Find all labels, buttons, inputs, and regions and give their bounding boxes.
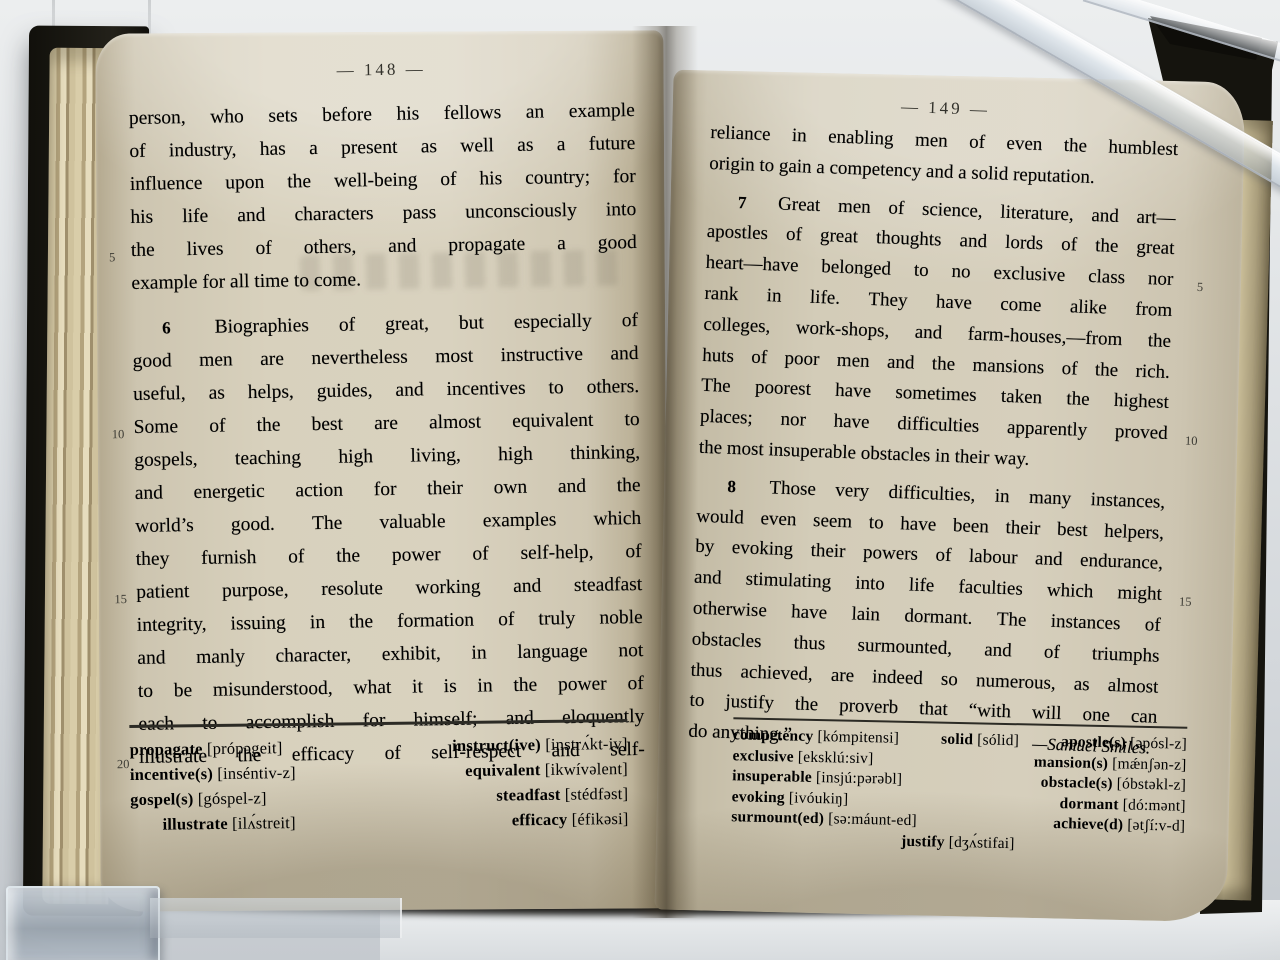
word: working: [415, 577, 480, 600]
word: dormant.: [904, 605, 973, 629]
word: pass: [402, 202, 436, 225]
word: work-shops,: [796, 317, 890, 342]
word: a: [557, 134, 566, 156]
word: be: [174, 680, 193, 702]
word: They: [868, 289, 908, 312]
word: apostles: [706, 221, 768, 245]
word: upon: [225, 172, 264, 195]
word: noble: [599, 607, 643, 630]
word: of: [751, 346, 768, 369]
word: difficulties,: [888, 482, 975, 507]
paragraph: relianceinenablingmenofeventhehumblestor…: [709, 122, 1179, 201]
left-page-body: person,whosetsbeforehisfellowsanexampleo…: [129, 100, 645, 780]
word: into: [606, 199, 637, 221]
word: instances,: [1090, 489, 1165, 514]
word: so: [941, 668, 959, 691]
word: The: [701, 375, 731, 398]
vocab-word: illustrate: [162, 814, 227, 834]
word: alike: [1069, 296, 1107, 319]
word: of: [440, 169, 457, 191]
word: in: [766, 285, 782, 308]
word: and: [887, 351, 915, 374]
word: of: [339, 314, 356, 336]
vocab-entry: evoking [ivóukiŋ]: [732, 787, 849, 810]
word: poor: [784, 347, 820, 370]
word: characters: [294, 203, 373, 226]
vocab-entry: justify [dʒʌ́stifai]: [901, 831, 1015, 854]
word: formation: [397, 610, 474, 633]
vocab-entry: solid [sólid]: [941, 730, 1019, 752]
word: of: [1061, 234, 1078, 257]
word: good: [598, 232, 637, 255]
word: The: [996, 609, 1026, 632]
word: exhibit,: [382, 643, 441, 666]
word: high: [498, 444, 533, 467]
vocab-pronunciation: [sə:máunt-ed]: [824, 810, 917, 829]
word: especially: [514, 311, 592, 334]
word: of: [472, 543, 489, 565]
word: their: [427, 478, 463, 501]
vocab-pronunciation: [sólid]: [973, 731, 1019, 749]
word: labour: [969, 546, 1018, 570]
word: action: [295, 480, 343, 503]
word: the: [131, 240, 155, 262]
word: heart—have: [705, 252, 799, 277]
word: his: [396, 103, 419, 125]
word: farm-houses,—from: [967, 323, 1122, 351]
word: have: [791, 601, 828, 624]
vocab-word: instruct(ive): [452, 735, 541, 755]
vocab-word: achieve(d): [1053, 815, 1123, 833]
vocab-word: efficacy: [512, 810, 568, 830]
word: which: [593, 508, 641, 531]
vocab-word: obstacle(s): [1041, 774, 1113, 793]
word: and: [237, 205, 265, 227]
word: have: [900, 513, 937, 536]
vocab-pronunciation: [mǽnʃən-z]: [1108, 755, 1187, 774]
word: highest: [1114, 390, 1170, 414]
word: men: [199, 349, 233, 372]
word: and: [984, 639, 1012, 662]
word: and: [395, 379, 423, 401]
word: triumphs: [1092, 643, 1160, 667]
word: their: [810, 540, 846, 563]
word: have: [835, 380, 872, 403]
word: who: [210, 106, 244, 129]
text-line: example for all time to come.: [131, 265, 637, 306]
word: otherwise: [693, 598, 768, 623]
paragraph: person,whosetsbeforehisfellowsanexampleo…: [129, 100, 638, 306]
word: power: [392, 544, 441, 567]
word: his: [130, 207, 153, 229]
vocab-word: steadfast: [496, 785, 560, 805]
word: to: [868, 512, 884, 535]
word: the: [617, 475, 641, 497]
vocab-pronunciation: [ikwívəlent]: [540, 759, 628, 779]
word: proved: [1115, 421, 1169, 445]
word: the: [287, 171, 311, 193]
vocab-pronunciation: [góspel-z]: [193, 788, 266, 808]
paragraph-number: 8: [727, 477, 736, 497]
word: almost: [429, 412, 481, 435]
word: to: [913, 260, 929, 283]
word: patient: [136, 581, 189, 604]
word: to: [689, 690, 705, 713]
word: well: [460, 135, 494, 158]
word: unconsciously: [465, 200, 577, 224]
word: lain: [851, 603, 880, 626]
word: that: [919, 698, 948, 721]
word: reliance: [710, 122, 771, 146]
word: which: [1047, 580, 1094, 604]
word: great: [820, 225, 859, 248]
vocab-word: justify: [901, 832, 945, 850]
word: thoughts: [876, 228, 942, 252]
word: steadfast: [574, 574, 643, 597]
vocab-word: surmount(ed): [731, 808, 824, 827]
vocab-pronunciation: [dʒʌ́stifai]: [944, 833, 1014, 851]
word: purpose,: [222, 580, 289, 603]
word: sets: [268, 105, 298, 127]
word: of: [255, 238, 272, 260]
word: men: [915, 129, 949, 152]
vocab-entry: apostle(s) [əpósl-z]: [1061, 732, 1187, 755]
word: surmounted,: [857, 634, 952, 659]
word: manly: [196, 646, 245, 669]
word: humblest: [1108, 137, 1178, 162]
word: world’s: [135, 515, 194, 538]
word: instructive: [500, 344, 583, 367]
word: numerous,: [976, 670, 1056, 695]
word: his: [479, 168, 502, 190]
vocab-pronunciation: [óbstəkl-z]: [1113, 775, 1187, 794]
word: nor: [1148, 268, 1174, 291]
word: the: [1095, 236, 1119, 259]
word: and: [914, 321, 942, 344]
word: helpers,: [1104, 520, 1164, 544]
word: and: [959, 231, 987, 254]
word: as: [208, 383, 225, 405]
word: best: [1057, 519, 1088, 542]
word: might: [1117, 582, 1162, 606]
word: places;: [700, 406, 754, 430]
word: and: [558, 476, 586, 498]
vocab-pronunciation: [ilʌ́streit]: [228, 813, 296, 833]
word: has: [260, 139, 286, 161]
word: have: [936, 291, 973, 314]
word: taken: [1001, 386, 1043, 409]
book-photo-scene: — 148 — person,whosetsbeforehisfellowsan…: [0, 0, 1280, 960]
word: seem: [813, 510, 853, 533]
word: as: [421, 136, 438, 158]
word: life: [182, 206, 208, 228]
word: mansions: [972, 354, 1045, 379]
word: in: [310, 612, 326, 634]
word: it: [412, 676, 423, 698]
word: and: [1091, 205, 1119, 228]
line-number: 5: [1197, 280, 1204, 295]
line-number: 15: [114, 592, 127, 607]
word: of: [627, 673, 644, 695]
word: huts: [702, 344, 734, 367]
word: the: [256, 415, 280, 437]
word: self-help,: [520, 542, 593, 565]
vocab-entry: exclusive [eksklú:siv]: [732, 746, 873, 769]
word: gospels,: [134, 449, 198, 472]
word: and: [513, 576, 541, 598]
word: the: [1066, 389, 1090, 412]
word: life.: [810, 287, 841, 310]
word: of: [622, 310, 639, 332]
word: the: [931, 353, 955, 376]
word: industry,: [169, 139, 237, 162]
word: useful,: [133, 383, 186, 406]
word: come: [1000, 294, 1042, 317]
word: well-being: [334, 169, 418, 192]
vocab-word: competency: [733, 726, 814, 745]
word: The: [312, 513, 343, 535]
vocab-word: mansion(s): [1034, 753, 1109, 772]
word: “with: [968, 700, 1011, 724]
word: truly: [538, 608, 575, 631]
vocab-entry: steadfast [stédfəst]: [496, 781, 628, 808]
word: the: [349, 611, 373, 633]
vocab-word: exclusive: [732, 747, 794, 765]
word: men: [836, 349, 870, 372]
word: in: [792, 125, 808, 148]
word: of: [498, 609, 515, 631]
line-number: 10: [1185, 434, 1198, 449]
word: no: [951, 261, 971, 284]
line-text: example for all time to come.: [131, 269, 361, 294]
vocab-entry: equivalent [ikwívəlent]: [465, 756, 628, 783]
word: of: [888, 197, 905, 220]
word: guides,: [317, 380, 373, 403]
word: power: [558, 674, 607, 697]
word: life: [909, 575, 935, 598]
vocab-word: gospel(s): [130, 789, 193, 809]
word: would: [696, 505, 744, 529]
word: the: [336, 545, 360, 567]
word: energetic: [193, 481, 264, 504]
word: sometimes: [895, 382, 977, 407]
word: of: [1044, 641, 1061, 664]
word: will: [1032, 702, 1062, 725]
word: Great: [778, 193, 821, 217]
word: as: [1073, 673, 1090, 696]
line-number: 5: [109, 250, 115, 265]
word: of: [969, 131, 986, 154]
word: examples: [483, 509, 557, 532]
word: the: [795, 694, 819, 717]
vocab-entry: propagate [própəgeit]: [129, 735, 282, 762]
word: issuing: [230, 613, 286, 636]
word: they: [136, 548, 170, 571]
vocab-entry: efficacy [éfikəsi]: [512, 806, 629, 832]
acrylic-block[interactable]: [6, 886, 160, 960]
word: nor: [780, 409, 806, 432]
right-page-body: relianceinenablingmenofeventhehumblestor…: [688, 122, 1179, 769]
word: and: [388, 235, 416, 257]
word: great,: [385, 313, 429, 336]
word: very: [835, 480, 870, 503]
word: of: [935, 545, 952, 568]
vocab-entry: gospel(s) [góspel-z]: [130, 785, 267, 812]
vocab-word: propagate: [130, 739, 203, 759]
vocab-word: equivalent: [465, 760, 541, 780]
vocab-pronunciation: [eksklú:siv]: [794, 748, 874, 767]
word: class: [1088, 266, 1126, 289]
vocab-entry: dormant [dó:mənt]: [1059, 794, 1185, 817]
word: in: [994, 485, 1010, 508]
word: poorest: [755, 377, 812, 401]
word: powers: [863, 542, 919, 566]
word: almost: [1107, 674, 1158, 698]
word: science,: [922, 198, 983, 222]
word: Biographies: [214, 315, 309, 338]
word: to: [624, 409, 640, 431]
word: others,: [304, 236, 357, 259]
word: of: [1144, 614, 1161, 637]
word: country;: [525, 167, 590, 190]
word: to: [548, 377, 564, 399]
word: future: [589, 133, 636, 156]
word: faculties: [958, 577, 1023, 601]
word: nevertheless: [311, 347, 408, 371]
vocab-pronunciation: [insjú:pərəbl]: [812, 769, 903, 788]
word: the: [513, 675, 537, 697]
word: justify: [725, 691, 774, 715]
word: into: [855, 573, 885, 596]
word: good.: [231, 514, 275, 537]
word: and: [610, 343, 638, 365]
paragraph: 7Greatmenofscience,literature,andart—apo…: [698, 191, 1176, 485]
word: of: [288, 546, 305, 568]
word: great: [1136, 237, 1175, 260]
left-vocab-list: propagate [própəgeit]instruct(ive) [inst…: [129, 731, 628, 837]
word: belonged: [821, 256, 891, 281]
word: and: [137, 647, 165, 669]
word: living,: [410, 445, 461, 468]
word: are: [260, 349, 284, 371]
word: a: [309, 138, 318, 160]
word: endurance,: [1080, 550, 1164, 575]
word: thus: [793, 632, 825, 655]
vocab-word: evoking: [732, 788, 785, 806]
right-page-text: — 149 — relianceinenablingmenofeventhehu…: [688, 90, 1180, 769]
word: from: [1135, 299, 1173, 322]
word: best: [311, 414, 343, 436]
word: the: [1063, 135, 1087, 158]
vocab-pronunciation: [instrʌ́kt-iv]: [541, 734, 628, 754]
word: incentives: [446, 378, 525, 401]
vocab-pronunciation: [ətʃí:v-d]: [1123, 816, 1185, 834]
word: the: [1095, 359, 1119, 382]
word: not: [618, 640, 643, 662]
vocab-word: incentive(s): [130, 764, 213, 784]
left-page-vocab: propagate [própəgeit]instruct(ive) [inst…: [129, 719, 628, 837]
line-number: 20: [117, 757, 130, 772]
word: by: [695, 536, 715, 559]
vocab-entry: illustrate [ilʌ́streit]: [162, 810, 295, 837]
word: to: [138, 681, 154, 703]
acrylic-sheet: [150, 898, 402, 938]
word: enabling: [828, 126, 894, 150]
word: Those: [769, 477, 816, 501]
word: even: [1006, 133, 1043, 156]
word: the: [1147, 330, 1171, 353]
word: thus: [690, 659, 722, 682]
vocab-pronunciation: [əpósl-z]: [1126, 734, 1187, 752]
vocab-entry: instruct(ive) [instrʌ́kt-iv]: [452, 731, 628, 758]
vocab-pronunciation: [própəgeit]: [203, 738, 283, 758]
word: good: [133, 350, 172, 373]
word: an: [526, 101, 545, 123]
word: of: [625, 541, 642, 563]
word: present: [341, 137, 398, 160]
word: many: [1029, 487, 1072, 511]
vocab-pronunciation: [éfikəsi]: [567, 809, 628, 829]
word: integrity,: [137, 614, 207, 637]
word: of: [129, 141, 146, 163]
word: difficulties: [897, 413, 980, 438]
vocab-word: apostle(s): [1061, 733, 1126, 751]
word: others.: [586, 376, 639, 399]
line-number: 15: [1179, 595, 1192, 610]
word: of: [786, 224, 803, 247]
word: high: [338, 446, 373, 469]
paragraph: 6Biographiesofgreat,butespeciallyofgoodm…: [132, 310, 645, 780]
word: misunderstood,: [213, 678, 333, 702]
word: fellows: [444, 102, 502, 125]
vocab-pronunciation: [dó:mənt]: [1119, 796, 1186, 814]
word: of: [209, 416, 226, 438]
word: are: [374, 413, 398, 435]
word: is: [444, 676, 457, 698]
word: literature,: [1000, 201, 1074, 226]
word: and: [1035, 549, 1063, 572]
word: propagate: [448, 234, 525, 257]
word: art—: [1136, 206, 1176, 229]
word: thinking,: [570, 442, 640, 465]
word: in: [471, 642, 487, 664]
word: and: [694, 567, 722, 590]
word: lords: [1005, 232, 1044, 255]
vocab-word: dormant: [1059, 795, 1118, 813]
line-number: 10: [112, 427, 125, 442]
word: apparently: [1007, 417, 1088, 442]
left-page-text: — 148 — person,whosetsbeforehisfellowsan…: [128, 56, 645, 780]
word: influence: [130, 173, 203, 196]
word: obstacles: [691, 628, 761, 653]
vocab-pronunciation: [kómpitensi]: [813, 728, 899, 747]
vocab-pronunciation: [stédfəst]: [560, 784, 628, 804]
word: achieved,: [740, 661, 813, 686]
word: for: [374, 479, 397, 501]
word: teaching: [235, 447, 301, 470]
vocab-entry: achieve(d) [ətʃí:v-d]: [1053, 814, 1185, 837]
word: lives: [187, 239, 224, 262]
word: a: [557, 233, 566, 255]
word: instances: [1050, 611, 1120, 636]
vocab-pronunciation: [inséntiv-z]: [213, 763, 296, 783]
right-vocab-list: competency [kómpitensi]solid [sólid]apos…: [731, 725, 1187, 857]
book-gutter: [632, 26, 698, 918]
word: in: [477, 675, 493, 697]
paragraph-number: 6: [162, 318, 171, 338]
vocab-entry: incentive(s) [inséntiv-z]: [130, 760, 296, 787]
paragraph-number: 7: [738, 193, 747, 213]
